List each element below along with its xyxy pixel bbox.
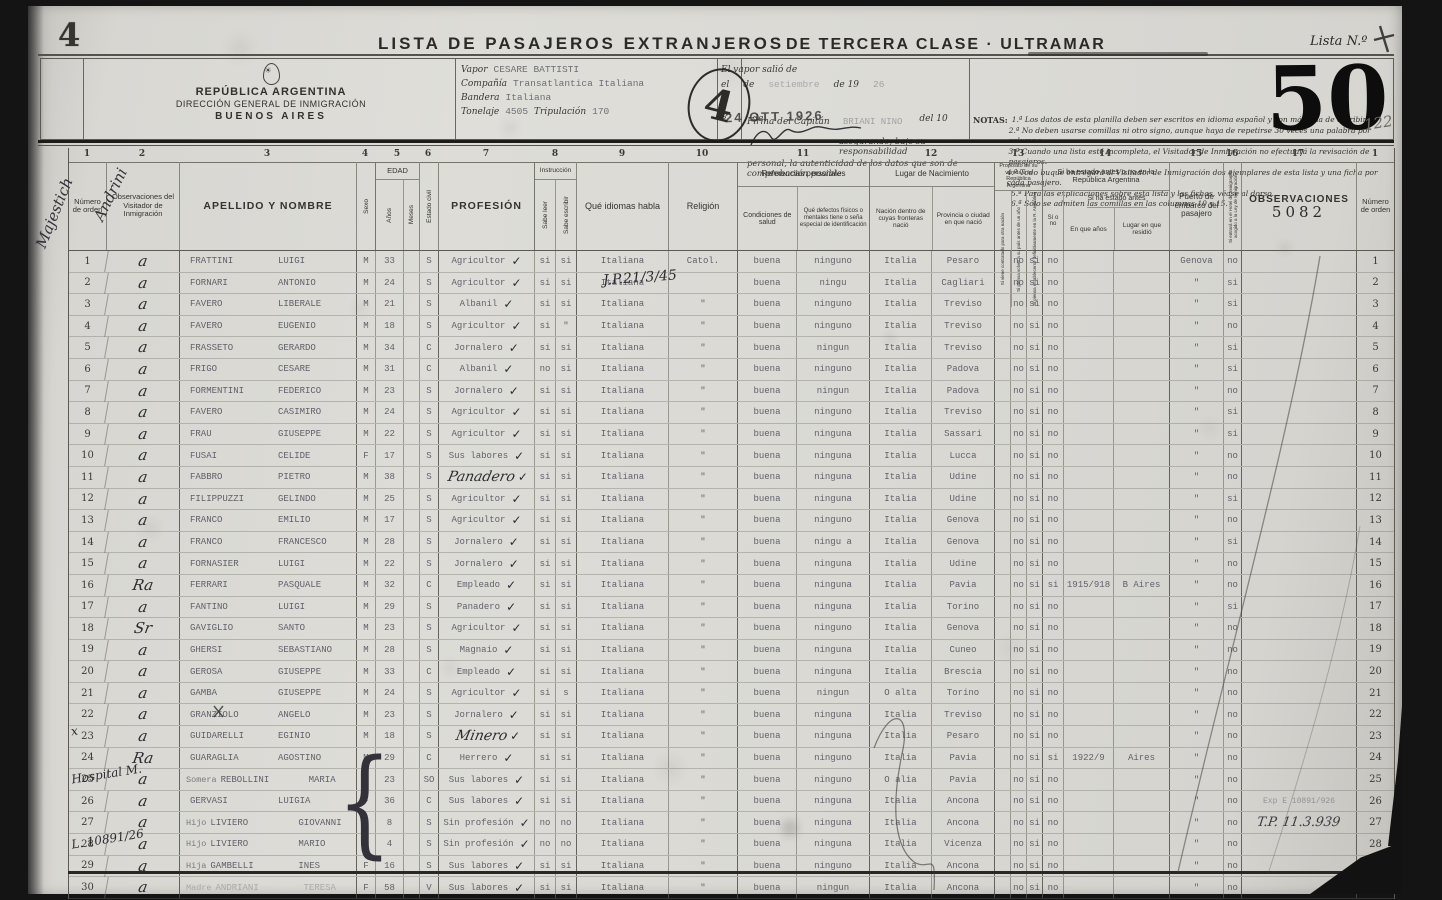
table-body: 1 a FRATTINILUIGI M 33 S Agricultor✓ si … — [69, 251, 1394, 899]
cell-numero-orden-right: 17 — [1356, 597, 1394, 618]
cell-lugar-residio — [1113, 489, 1169, 510]
cell-salud: buena — [737, 704, 796, 725]
cell-puerto: " — [1169, 791, 1223, 812]
cell-meses — [403, 381, 419, 402]
cell-estado-civil: S — [419, 445, 438, 466]
cell-defectos: ninguno — [796, 402, 869, 423]
cell-contratado — [994, 445, 1010, 466]
cell-sabe-escribir: si — [555, 359, 576, 380]
checkmark: ✓ — [514, 449, 524, 463]
cell-lugar-residio — [1113, 294, 1169, 315]
cell-contratado — [994, 769, 1010, 790]
cell-idiomas: Italiana — [576, 424, 668, 445]
cell-anos: 23 — [375, 618, 403, 639]
tonelaje-label: Tonelaje — [461, 107, 499, 117]
cell-nacion: Italia — [869, 877, 931, 898]
cell-estado-civil: V — [419, 877, 438, 898]
cell-en-que-anos — [1063, 618, 1113, 639]
cell-nacion: Italia — [869, 618, 931, 639]
cell-puerto: " — [1169, 424, 1223, 445]
cell-defectos: ninguno — [796, 748, 869, 769]
cell-nacion: O alia — [869, 769, 931, 790]
cell-establecerse: si — [1026, 445, 1042, 466]
col-group-nacimiento: Lugar de Nacimiento Nación dentro de cuy… — [869, 162, 994, 250]
cell-sexo: M — [356, 337, 375, 358]
cell-en-que-anos — [1063, 316, 1113, 337]
cell-en-que-anos — [1063, 812, 1113, 833]
tripulacion-label: Tripulación — [534, 107, 586, 117]
cell-profesion: Sin profesión✓ — [438, 812, 534, 833]
table-row: 4 a FAVEROEUGENIO M 18 S Agricultor✓ si … — [69, 316, 1394, 338]
cell-sabe-leer: si — [534, 618, 555, 639]
cell-puerto: " — [1169, 316, 1223, 337]
cell-anos: 58 — [375, 877, 403, 898]
column-number: 1 — [1372, 149, 1378, 159]
cell-contratado — [994, 812, 1010, 833]
column-number: 3 — [264, 149, 270, 159]
cell-lugar-residio — [1113, 273, 1169, 294]
cell-salud: buena — [737, 553, 796, 574]
org-department: DIRECCIÓN GENERAL DE INMIGRACIÓN — [86, 99, 456, 109]
cell-visitador-mark: a — [104, 661, 181, 682]
cell-visitador-mark: a — [104, 424, 181, 445]
cell-profesion: Empleado✓ — [438, 575, 534, 596]
column-number: 15 — [1190, 149, 1203, 159]
cell-salud: buena — [737, 294, 796, 315]
cell-salud: buena — [737, 575, 796, 596]
cell-profesion: Jornalero✓ — [438, 553, 534, 574]
cell-establecerse: si — [1026, 812, 1042, 833]
cell-religion: " — [668, 877, 737, 898]
cell-establecerse: si — [1026, 359, 1042, 380]
cell-meses — [403, 424, 419, 445]
cell-religion: " — [668, 381, 737, 402]
cell-numero-orden-right: 6 — [1356, 359, 1394, 380]
cell-nacion: Italia — [869, 273, 931, 294]
cell-hotel-inmigrantes: no — [1223, 834, 1241, 855]
cell-observaciones: T.P. 11.3.939 — [1241, 812, 1356, 833]
cell-volver-pais: no — [1010, 424, 1026, 445]
cell-si-o-no: no — [1042, 251, 1063, 272]
cell-si-o-no: no — [1042, 769, 1063, 790]
cell-nacion: Italia — [869, 575, 931, 596]
table-bottom-rule — [68, 871, 1393, 874]
cell-en-que-anos — [1063, 791, 1113, 812]
cell-profesion: Panadero✓ — [438, 597, 534, 618]
col-header-estado-civil: Estado civil — [419, 162, 438, 250]
cell-provincia: Padova — [931, 359, 994, 380]
cell-hotel-inmigrantes: no — [1223, 704, 1241, 725]
cell-puerto: " — [1169, 748, 1223, 769]
cell-sabe-leer: si — [534, 251, 555, 272]
cell-sabe-escribir: si — [555, 618, 576, 639]
table-row: 18 Sr GAVIGLIOSANTO M 23 S Agricultor✓ s… — [69, 618, 1394, 640]
cell-provincia: Sassari — [931, 424, 994, 445]
cell-profesion: Agricultor✓ — [438, 316, 534, 337]
cell-meses — [403, 640, 419, 661]
cell-si-o-no: no — [1042, 791, 1063, 812]
cell-estado-civil: SO — [419, 769, 438, 790]
table-row: 12 a FILIPPUZZIGELINDO M 25 S Agricultor… — [69, 489, 1394, 511]
cell-meses — [403, 769, 419, 790]
col-header-religion: Religión — [668, 162, 737, 250]
cell-idiomas: Italiana — [576, 877, 668, 898]
cell-observaciones — [1241, 618, 1356, 639]
cell-contratado — [994, 532, 1010, 553]
checkmark: ✓ — [511, 427, 521, 441]
cell-volver-pais: no — [1010, 553, 1026, 574]
cell-nacion: Italia — [869, 445, 931, 466]
col-header-anos: Años — [376, 180, 403, 250]
cell-idiomas: Italiana — [576, 726, 668, 747]
cell-apellido-nombre: FILIPPUZZIGELINDO — [179, 489, 356, 510]
cell-apellido-nombre: FORNASIERLUIGI — [179, 553, 356, 574]
cell-puerto: " — [1169, 381, 1223, 402]
cell-defectos: ninguna — [796, 640, 869, 661]
cell-observaciones — [1241, 575, 1356, 596]
cell-nacion: Italia — [869, 424, 931, 445]
cell-sabe-escribir: si — [555, 273, 576, 294]
cell-profesion: Albanil✓ — [438, 359, 534, 380]
cell-meses — [403, 791, 419, 812]
cell-contratado — [994, 618, 1010, 639]
cell-volver-pais: no — [1010, 812, 1026, 833]
cell-puerto: " — [1169, 683, 1223, 704]
cell-hotel-inmigrantes: si — [1223, 273, 1241, 294]
cell-sabe-leer: si — [534, 683, 555, 704]
cell-volver-pais: no — [1010, 251, 1026, 272]
cell-lugar-residio: B Aires — [1113, 575, 1169, 596]
column-number: 11 — [797, 149, 810, 159]
bandera-value: Italiana — [506, 92, 552, 103]
cell-provincia: Pavia — [931, 769, 994, 790]
cell-anos: 17 — [375, 510, 403, 531]
checkmark: ✓ — [511, 254, 521, 268]
cell-provincia: Treviso — [931, 402, 994, 423]
cell-hotel-inmigrantes: no — [1223, 575, 1241, 596]
cell-establecerse: si — [1026, 381, 1042, 402]
table-row: 1 a FRATTINILUIGI M 33 S Agricultor✓ si … — [69, 251, 1394, 273]
cell-sabe-escribir: si — [555, 445, 576, 466]
cell-estado-civil: S — [419, 316, 438, 337]
cell-puerto: " — [1169, 877, 1223, 898]
cell-religion: " — [668, 489, 737, 510]
cell-sabe-escribir: s — [555, 683, 576, 704]
cell-numero-orden: 27 — [69, 812, 106, 833]
cell-meses — [403, 748, 419, 769]
cell-sexo: M — [356, 381, 375, 402]
cell-contratado — [994, 661, 1010, 682]
table-row: 13 a FRANCOEMILIO M 17 S Agricultor✓ si … — [69, 510, 1394, 532]
cell-visitador-mark: a — [104, 640, 181, 661]
cell-idiomas: Italiana — [576, 294, 668, 315]
cell-salud: buena — [737, 748, 796, 769]
cell-sexo: F — [356, 877, 375, 898]
cell-sabe-leer: si — [534, 402, 555, 423]
argentina-crest-icon — [263, 63, 280, 85]
cell-religion: " — [668, 359, 737, 380]
cell-anos: 33 — [375, 661, 403, 682]
cell-visitador-mark: a — [104, 381, 181, 402]
cell-contratado — [994, 704, 1010, 725]
cell-apellido-nombre: GUARAGLIAAGOSTINO — [179, 748, 356, 769]
cell-salud: buena — [737, 467, 796, 488]
cell-anos: 24 — [375, 402, 403, 423]
cell-religion: " — [668, 748, 737, 769]
cell-anos: 28 — [375, 640, 403, 661]
checkmark: ✓ — [514, 794, 524, 808]
cell-idiomas: Italiana — [576, 532, 668, 553]
cell-observaciones — [1241, 445, 1356, 466]
cell-idiomas: Italiana — [576, 791, 668, 812]
cell-meses — [403, 661, 419, 682]
cell-contratado — [994, 402, 1010, 423]
cell-salud: buena — [737, 726, 796, 747]
heavy-divider — [38, 140, 1394, 143]
cell-idiomas: Italiana — [576, 381, 668, 402]
cell-establecerse: si — [1026, 294, 1042, 315]
cell-defectos: ningu — [796, 273, 869, 294]
cell-provincia: Ancona — [931, 877, 994, 898]
cell-provincia: Ancona — [931, 812, 994, 833]
cell-estado-civil: S — [419, 402, 438, 423]
checkmark: ✓ — [511, 686, 521, 700]
cell-sabe-escribir: si — [555, 467, 576, 488]
cell-idiomas: Italiana — [576, 359, 668, 380]
cell-idiomas: Italiana — [576, 553, 668, 574]
cell-numero-orden-right: 12 — [1356, 489, 1394, 510]
cell-visitador-mark: Sr — [104, 618, 181, 639]
cell-numero-orden: 26 — [69, 791, 106, 812]
cell-lugar-residio — [1113, 661, 1169, 682]
cell-religion: " — [668, 510, 737, 531]
cell-meses — [403, 359, 419, 380]
cell-volver-pais: no — [1010, 381, 1026, 402]
cell-sexo: M — [356, 683, 375, 704]
cell-establecerse: si — [1026, 791, 1042, 812]
cell-religion: " — [668, 553, 737, 574]
cell-anos: 31 — [375, 359, 403, 380]
cell-puerto: Genova — [1169, 251, 1223, 272]
cell-lugar-residio — [1113, 640, 1169, 661]
cell-si-o-no: no — [1042, 661, 1063, 682]
cell-meses — [403, 273, 419, 294]
cell-hotel-inmigrantes: no — [1223, 445, 1241, 466]
cell-establecerse: si — [1026, 877, 1042, 898]
cell-si-o-no: si — [1042, 575, 1063, 596]
cell-establecerse: si — [1026, 704, 1042, 725]
cell-religion: " — [668, 597, 737, 618]
col-header-ha-estado-antes: Si ha estado antes — [1087, 191, 1147, 208]
cell-numero-orden-right: 7 — [1356, 381, 1394, 402]
table-row: 26 a GERVASILUIGIA F 36 C Sus labores✓ s… — [69, 791, 1394, 813]
cell-meses — [403, 445, 419, 466]
cell-apellido-nombre: FUSAICELIDE — [179, 445, 356, 466]
cell-numero-orden-right: 2 — [1356, 273, 1394, 294]
cell-puerto: " — [1169, 661, 1223, 682]
cell-religion: Catol. — [668, 251, 737, 272]
cell-sexo: M — [356, 251, 375, 272]
cell-sabe-leer: si — [534, 316, 555, 337]
cell-estado-civil: S — [419, 704, 438, 725]
cell-contratado — [994, 597, 1010, 618]
cell-observaciones — [1241, 251, 1356, 272]
cell-lugar-residio — [1113, 467, 1169, 488]
cell-observaciones — [1241, 704, 1356, 725]
cell-volver-pais: no — [1010, 467, 1026, 488]
cell-volver-pais: no — [1010, 359, 1026, 380]
cell-religion: " — [668, 618, 737, 639]
checkmark: ✓ — [503, 362, 513, 376]
checkmark: ✓ — [511, 513, 521, 527]
cell-numero-orden-right: 14 — [1356, 532, 1394, 553]
cell-religion: " — [668, 467, 737, 488]
cell-provincia: Torino — [931, 597, 994, 618]
cell-nacion: Italia — [869, 791, 931, 812]
cell-profesion: Agricultor✓ — [438, 424, 534, 445]
cell-apellido-nombre: FRIGOCESARE — [179, 359, 356, 380]
cell-puerto: " — [1169, 273, 1223, 294]
cell-religion: " — [668, 834, 737, 855]
cell-meses — [403, 489, 419, 510]
cell-observaciones — [1241, 532, 1356, 553]
cell-sabe-leer: si — [534, 553, 555, 574]
cell-salud: buena — [737, 683, 796, 704]
cell-visitador-mark: a — [104, 510, 181, 531]
cell-sexo: F — [356, 445, 375, 466]
cell-anos: 25 — [375, 489, 403, 510]
column-number: 7 — [483, 149, 489, 159]
cell-defectos: ningun — [796, 683, 869, 704]
cell-profesion: Agricultor✓ — [438, 489, 534, 510]
column-number: 17 — [1292, 149, 1305, 159]
cell-nacion: Italia — [869, 402, 931, 423]
cell-contratado — [994, 381, 1010, 402]
cell-nacion: Italia — [869, 597, 931, 618]
cell-lugar-residio — [1113, 553, 1169, 574]
cell-numero-orden-right: 18 — [1356, 618, 1394, 639]
cell-estado-civil: S — [419, 834, 438, 855]
cell-religion: " — [668, 294, 737, 315]
cell-hotel-inmigrantes: si — [1223, 294, 1241, 315]
cell-numero-orden: 15 — [69, 553, 106, 574]
cell-estado-civil: S — [419, 294, 438, 315]
cell-sexo: M — [356, 661, 375, 682]
cell-establecerse: si — [1026, 316, 1042, 337]
cell-lugar-residio — [1113, 726, 1169, 747]
table-row: 17 a FANTINOLUIGI M 29 S Panadero✓ si si… — [69, 597, 1394, 619]
cell-lugar-residio — [1113, 597, 1169, 618]
col-header-sabe-escribir: Sabe escribir — [555, 180, 576, 250]
cell-numero-orden-right: 16 — [1356, 575, 1394, 596]
cell-puerto: " — [1169, 769, 1223, 790]
cell-meses — [403, 812, 419, 833]
cell-salud: buena — [737, 877, 796, 898]
cell-si-o-no: no — [1042, 553, 1063, 574]
cell-volver-pais: no — [1010, 704, 1026, 725]
cell-provincia: Ancona — [931, 791, 994, 812]
cell-estado-civil: S — [419, 532, 438, 553]
cell-contratado — [994, 575, 1010, 596]
cell-si-o-no: no — [1042, 445, 1063, 466]
cell-defectos: ninguna — [796, 553, 869, 574]
cell-establecerse: si — [1026, 402, 1042, 423]
cell-apellido-nombre: SomeraREBOLLINIMARIA — [179, 769, 356, 790]
cell-apellido-nombre: FERRARIPASQUALE — [179, 575, 356, 596]
cell-volver-pais: no — [1010, 337, 1026, 358]
cell-numero-orden-right: 24 — [1356, 748, 1394, 769]
cell-salud: buena — [737, 316, 796, 337]
cell-numero-orden: 30 — [69, 877, 106, 898]
cell-estado-civil: S — [419, 812, 438, 833]
col-group-referencias: Referencias personales Condiciones de sa… — [737, 162, 869, 250]
cell-lugar-residio — [1113, 834, 1169, 855]
cell-estado-civil: S — [419, 597, 438, 618]
table-row: 21 a GAMBAGIUSEPPE M 24 S Agricultor✓ si… — [69, 683, 1394, 705]
cell-religion: " — [668, 532, 737, 553]
cell-si-o-no: no — [1042, 402, 1063, 423]
cell-observaciones — [1241, 748, 1356, 769]
cell-estado-civil: C — [419, 791, 438, 812]
cell-establecerse: si — [1026, 661, 1042, 682]
cell-visitador-mark: a — [104, 273, 181, 294]
cell-apellido-nombre: GRANZIOLOANGELO — [179, 704, 356, 725]
cell-establecerse: si — [1026, 532, 1042, 553]
cell-idiomas: Italiana — [576, 575, 668, 596]
cell-contratado — [994, 640, 1010, 661]
departure-month: setiembre — [768, 79, 819, 90]
cell-visitador-mark: a — [104, 489, 181, 510]
cell-puerto: " — [1169, 359, 1223, 380]
cell-apellido-nombre: GEROSAGIUSEPPE — [179, 661, 356, 682]
org-city: BUENOS AIRES — [86, 111, 456, 122]
col-header-puerto-embarco: Puerto de embarco del pasajero — [1169, 162, 1223, 250]
cell-nacion: Italia — [869, 316, 931, 337]
cell-idiomas: Italiana — [576, 489, 668, 510]
cell-apellido-nombre: GERVASILUIGIA — [179, 791, 356, 812]
cell-numero-orden-right: 27 — [1356, 812, 1394, 833]
cell-si-o-no: no — [1042, 381, 1063, 402]
cell-anos: 17 — [375, 445, 403, 466]
table-row: 23x a GUIDARELLIEGINIO M 18 S Minero✓ si… — [69, 726, 1394, 748]
cell-si-o-no: no — [1042, 359, 1063, 380]
cell-nacion: Italia — [869, 359, 931, 380]
cell-sabe-escribir: si — [555, 337, 576, 358]
cell-sabe-escribir: si — [555, 489, 576, 510]
cell-si-o-no: no — [1042, 489, 1063, 510]
cell-meses — [403, 618, 419, 639]
cell-defectos: ninguna — [796, 597, 869, 618]
cell-salud: buena — [737, 661, 796, 682]
cell-observaciones — [1241, 316, 1356, 337]
cell-visitador-mark: a — [104, 251, 181, 272]
page-corner-number: 4 — [58, 16, 80, 54]
cell-defectos: ningun — [796, 877, 869, 898]
cell-volver-pais: no — [1010, 769, 1026, 790]
cell-observaciones — [1241, 661, 1356, 682]
observaciones-stamp-number: 5082 — [1272, 208, 1326, 217]
cell-sabe-escribir: si — [555, 575, 576, 596]
cell-volver-pais: no — [1010, 489, 1026, 510]
cell-en-que-anos — [1063, 597, 1113, 618]
scanned-passenger-list: { "page": { "corner_number": "4", "title… — [0, 0, 1442, 900]
ship-info-block: Vapor CESARE BATTISTI Compañía Transatla… — [461, 61, 711, 135]
document-page: 4 LISTA DE PASAJEROS EXTRANJEROS DE TERC… — [28, 6, 1402, 894]
cell-si-o-no: no — [1042, 467, 1063, 488]
table-row: 6 a FRIGOCESARE M 31 C Albanil✓ no si It… — [69, 359, 1394, 381]
cell-numero-orden-right: 11 — [1356, 467, 1394, 488]
cell-establecerse: si — [1026, 424, 1042, 445]
